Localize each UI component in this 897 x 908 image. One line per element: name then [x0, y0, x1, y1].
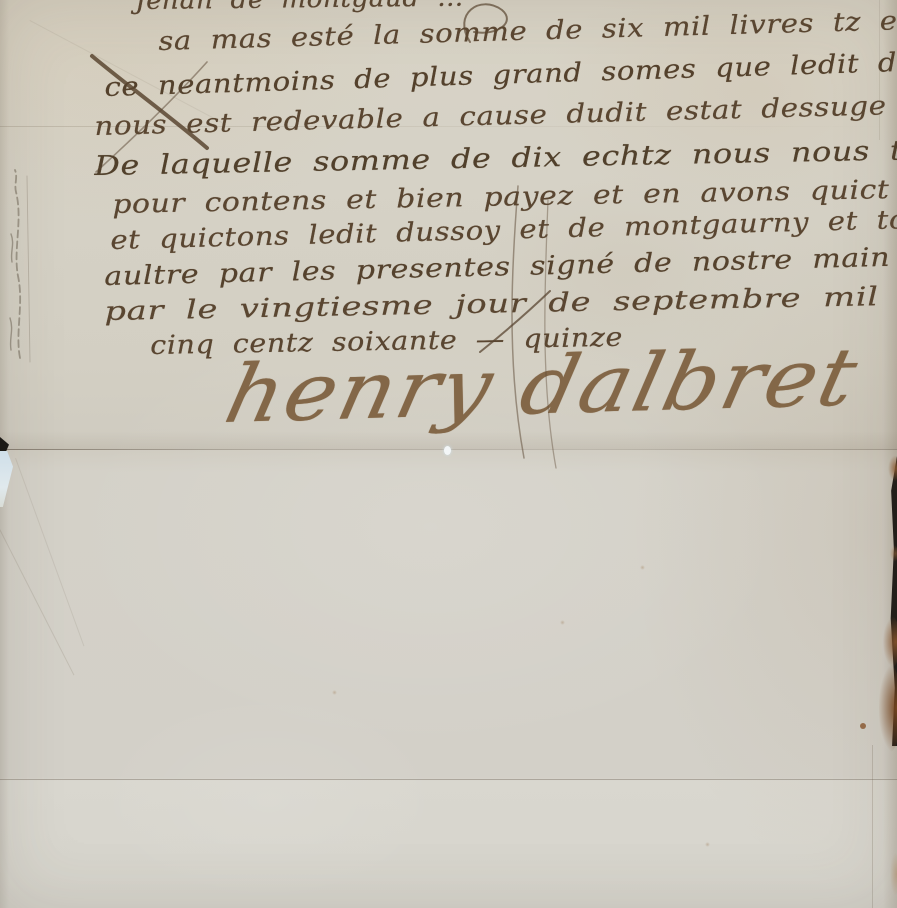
signature-henry-dalbret: Henry dalbret: [217, 331, 867, 441]
foxing-speck: [332, 690, 337, 695]
foxing-speck: [705, 842, 710, 847]
paper-chip-fleck: [444, 446, 451, 455]
foxing-speck: [640, 565, 645, 570]
foxing-speck: [560, 620, 565, 625]
manuscript-photo: Jehan de montgaud … sa mas esté la somme…: [0, 0, 897, 908]
